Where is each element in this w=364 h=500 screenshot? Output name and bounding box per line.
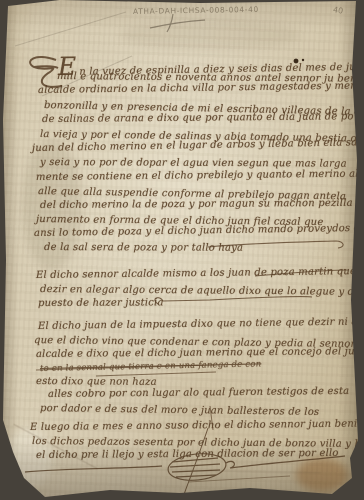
manuscript-line: esto dixo que non haza: [36, 376, 157, 388]
manuscript-line: por dador e de sus del moro e juan balle…: [40, 403, 319, 418]
manuscript-line: del dicho merino la de poza y por magun …: [40, 198, 353, 211]
fold-crease: [60, 468, 320, 474]
folio-number: 40: [332, 5, 344, 16]
manuscript-line: dezir en alegar algo cerca de aquello di…: [40, 284, 364, 298]
archival-reference: ATHA-DAH-ICHSA-008-004-40: [133, 5, 259, 16]
manuscript-line: y seia y no por de dopar el agua vien se…: [40, 157, 347, 170]
manuscript-line: el dicho pre li llejo y esta liga con di…: [36, 448, 339, 461]
manuscript-line: El dicho juan de la impuesta dixo que no…: [38, 316, 364, 332]
manuscript-line: puesto de hazer justicia: [38, 297, 164, 309]
pencil-cross-mark: [150, 14, 205, 32]
manuscript-line: E luego dia e mes e anno suso dicho el d…: [30, 418, 364, 433]
manuscript-scan-page: { "scan": { "archival_ref": "ATHA-DAH-IC…: [0, 0, 364, 500]
manuscript-line: mente se contiene en el dicho prebilejo …: [36, 168, 364, 183]
manuscript-line: alcalde e dixo que el dicho juan merino …: [36, 346, 364, 360]
show-through-stain: [120, 20, 300, 50]
paper-sheet: ATHA-DAH-ICHSA-008-004-40 40 En la vuez …: [0, 0, 364, 500]
manuscript-line: de la sal sera de poza y por tallo haya: [44, 242, 243, 254]
manuscript-line-struck: to en la sennal que tierra e en una fane…: [40, 359, 262, 374]
manuscript-line: alles cobro por con lugar alo qual fuero…: [48, 386, 349, 400]
manuscript-line: de salinas de arana e dixo que por quant…: [42, 111, 354, 125]
manuscript-line: El dicho sennor alcalde mismo a los juan…: [36, 265, 364, 281]
bottom-right-stain: [296, 458, 348, 492]
